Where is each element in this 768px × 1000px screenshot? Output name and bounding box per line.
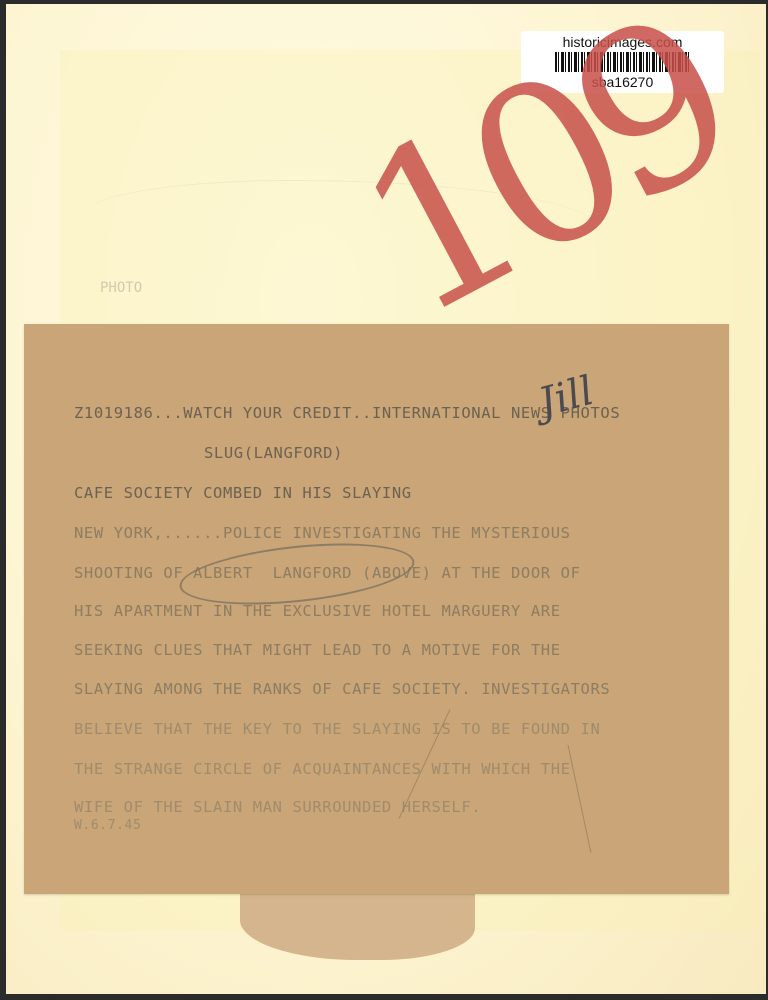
caption-line: SEEKING CLUES THAT MIGHT LEAD TO A MOTIV… <box>74 641 561 659</box>
caption-line: NEW YORK,......POLICE INVESTIGATING THE … <box>74 524 571 542</box>
caption-headline: CAFE SOCIETY COMBED IN HIS SLAYING <box>74 484 412 502</box>
caption-snipe: Z1019186...WATCH YOUR CREDIT..INTERNATIO… <box>24 324 729 894</box>
caption-line: WIFE OF THE SLAIN MAN SURROUNDED HERSELF… <box>74 798 481 816</box>
caption-line: HIS APARTMENT IN THE EXCLUSIVE HOTEL MAR… <box>74 602 561 620</box>
caption-line: SLAYING AMONG THE RANKS OF CAFE SOCIETY.… <box>74 680 610 698</box>
caption-date-code: W.6.7.45 <box>74 818 141 833</box>
caption-line: Z1019186...WATCH YOUR CREDIT..INTERNATIO… <box>74 404 620 422</box>
scan-edge <box>0 994 768 1000</box>
caption-line: THE STRANGE CIRCLE OF ACQUAINTANCES WITH… <box>74 760 571 778</box>
stamp-faint-text: PHOTO <box>100 280 142 296</box>
caption-line: BELIEVE THAT THE KEY TO THE SLAYING IS T… <box>74 720 600 738</box>
caption-slug: SLUG(LANGFORD) <box>204 444 343 462</box>
paper-crack <box>568 745 592 853</box>
